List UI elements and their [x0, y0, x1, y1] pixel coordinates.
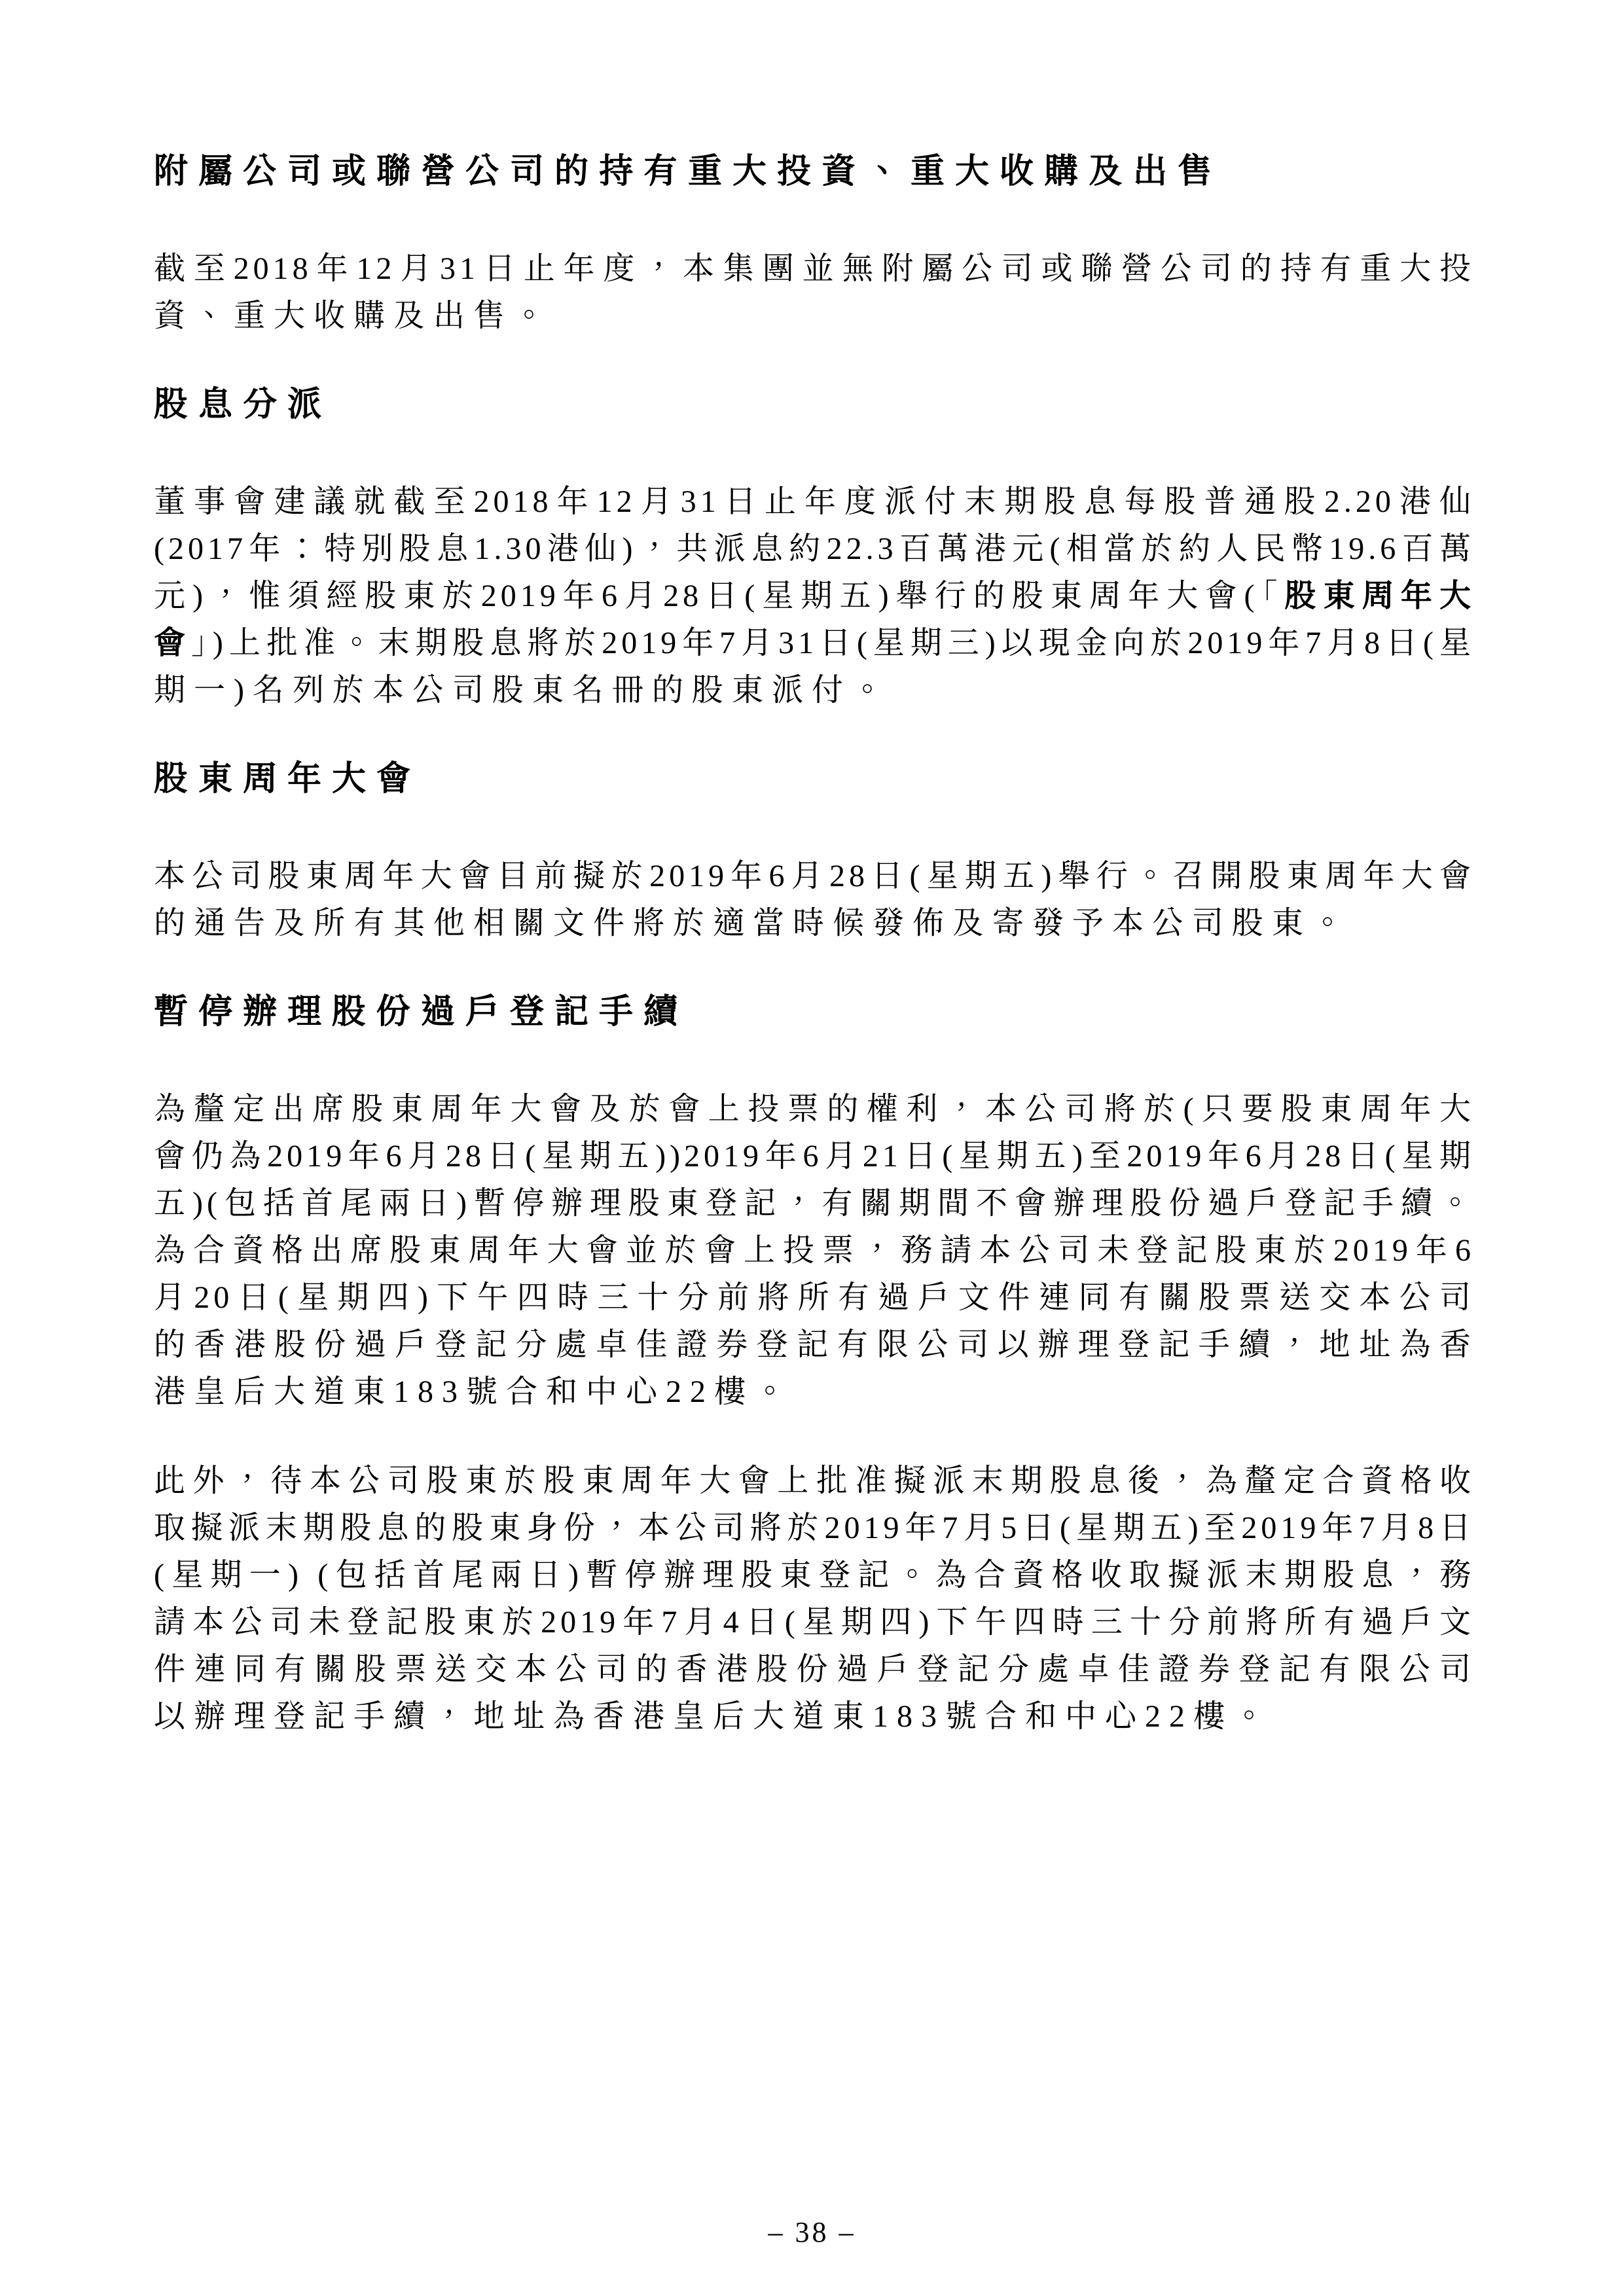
text-line: (2017年：特別股息1.30港仙)，共派息約22.3百萬港元(相當於約人民幣1… [154, 526, 1475, 573]
text-line: 為釐定出席股東周年大會及於會上投票的權利，本公司將於(只要股東周年大 [154, 1086, 1475, 1133]
text-line: 本公司股東周年大會目前擬於2019年6月28日(星期五)舉行。召開股東周年大會 [154, 853, 1475, 900]
text-segment: 的通告及所有其他相關文件將於適當時候發佈及寄發予本公司股東。 [154, 906, 1352, 941]
section-heading-subsidiaries-investments: 附屬公司或聯營公司的持有重大投資、重大收購及出售 [154, 149, 1475, 196]
text-line: 截至2018年12月31日止年度，本集團並無附屬公司或聯營公司的持有重大投 [154, 245, 1475, 293]
text-line: (星期一) (包括首尾兩日)暫停辦理股東登記。為合資格收取擬派末期股息，務 [154, 1552, 1475, 1599]
text-line: 以辦理登記手續，地址為香港皇后大道東183號合和中心22樓。 [154, 1693, 1475, 1740]
section-heading-agm: 股東周年大會 [154, 756, 1475, 803]
text-line: 的通告及所有其他相關文件將於適當時候發佈及寄發予本公司股東。 [154, 900, 1475, 947]
text-line: 元)，惟須經股東於2019年6月28日(星期五)舉行的股東周年大會(「股東周年大 [154, 573, 1475, 620]
text-line: 港皇后大道東183號合和中心22樓。 [154, 1369, 1475, 1416]
section-heading-closure-of-register: 暫停辦理股份過戶登記手續 [154, 989, 1475, 1036]
text-line: 取擬派末期股息的股東身份，本公司將於2019年7月5日(星期五)至2019年7月… [154, 1505, 1475, 1552]
text-segment: 期一)名列於本公司股東名冊的股東派付。 [154, 673, 892, 708]
text-line: 五)(包括首尾兩日)暫停辦理股東登記，有關期間不會辦理股份過戶登記手續。 [154, 1180, 1475, 1227]
text-segment: 為釐定出席股東周年大會及於會上投票的權利，本公司將於(只要股東周年大 [154, 1092, 1475, 1126]
text-line: 會仍為2019年6月28日(星期五))2019年6月21日(星期五)至2019年… [154, 1133, 1475, 1180]
text-line: 會」)上批准。末期股息將於2019年7月31日(星期三)以現金向於2019年7月… [154, 620, 1475, 667]
page-content: 附屬公司或聯營公司的持有重大投資、重大收購及出售截至2018年12月31日止年度… [154, 149, 1475, 1782]
text-line: 月20日(星期四)下午四時三十分前將所有過戶文件連同有關股票送交本公司 [154, 1274, 1475, 1321]
text-segment: (星期一) (包括首尾兩日)暫停辦理股東登記。為合資格收取擬派末期股息，務 [154, 1558, 1475, 1592]
text-segment: 元)，惟須經股東於2019年6月28日(星期五)舉行的股東周年大會(「 [154, 579, 1285, 613]
text-segment: 港皇后大道東183號合和中心22樓。 [154, 1374, 794, 1409]
text-line: 董事會建議就截至2018年12月31日止年度派付末期股息每股普通股2.20港仙 [154, 478, 1475, 526]
text-segment: 截至2018年12月31日止年度，本集團並無附屬公司或聯營公司的持有重大投 [154, 251, 1475, 286]
text-segment: 件連同有關股票送交本公司的香港股份過戶登記分處卓佳證券登記有限公司 [154, 1652, 1475, 1687]
paragraph: 本公司股東周年大會目前擬於2019年6月28日(星期五)舉行。召開股東周年大會的… [154, 853, 1475, 947]
paragraph: 此外，待本公司股東於股東周年大會上批准擬派末期股息後，為釐定合資格收取擬派末期股… [154, 1458, 1475, 1740]
text-line: 資、重大收購及出售。 [154, 293, 1475, 340]
bold-term: 股東周年大 [1285, 579, 1475, 613]
section-heading-dividend-distribution: 股息分派 [154, 382, 1475, 429]
text-line: 件連同有關股票送交本公司的香港股份過戶登記分處卓佳證券登記有限公司 [154, 1646, 1475, 1693]
text-line: 此外，待本公司股東於股東周年大會上批准擬派末期股息後，為釐定合資格收 [154, 1458, 1475, 1505]
text-segment: 的香港股份過戶登記分處卓佳證券登記有限公司以辦理登記手續，地址為香 [154, 1327, 1475, 1362]
page-number: – 38 – [0, 2215, 1624, 2249]
text-segment: 本公司股東周年大會目前擬於2019年6月28日(星期五)舉行。召開股東周年大會 [154, 859, 1475, 893]
text-line: 請本公司未登記股東於2019年7月4日(星期四)下午四時三十分前將所有過戶文 [154, 1599, 1475, 1646]
paragraph: 董事會建議就截至2018年12月31日止年度派付末期股息每股普通股2.20港仙(… [154, 478, 1475, 714]
text-line: 的香港股份過戶登記分處卓佳證券登記有限公司以辦理登記手續，地址為香 [154, 1321, 1475, 1369]
text-segment: 董事會建議就截至2018年12月31日止年度派付末期股息每股普通股2.20港仙 [154, 484, 1475, 519]
text-segment: 為合資格出席股東周年大會並於會上投票，務請本公司未登記股東於2019年6 [154, 1233, 1475, 1268]
text-segment: 」)上批准。末期股息將於2019年7月31日(星期三)以現金向於2019年7月8… [191, 626, 1475, 660]
paragraph: 為釐定出席股東周年大會及於會上投票的權利，本公司將於(只要股東周年大會仍為201… [154, 1086, 1475, 1416]
text-segment: 請本公司未登記股東於2019年7月4日(星期四)下午四時三十分前將所有過戶文 [154, 1605, 1475, 1640]
text-segment: 取擬派末期股息的股東身份，本公司將於2019年7月5日(星期五)至2019年7月… [154, 1511, 1475, 1545]
text-segment: 資、重大收購及出售。 [154, 298, 553, 333]
text-segment: 月20日(星期四)下午四時三十分前將所有過戶文件連同有關股票送交本公司 [154, 1280, 1475, 1315]
text-segment: (2017年：特別股息1.30港仙)，共派息約22.3百萬港元(相當於約人民幣1… [154, 531, 1475, 566]
text-segment: 會仍為2019年6月28日(星期五))2019年6月21日(星期五)至2019年… [154, 1139, 1475, 1174]
text-segment: 五)(包括首尾兩日)暫停辦理股東登記，有關期間不會辦理股份過戶登記手續。 [154, 1186, 1475, 1221]
text-line: 為合資格出席股東周年大會並於會上投票，務請本公司未登記股東於2019年6 [154, 1227, 1475, 1274]
document-page: 附屬公司或聯營公司的持有重大投資、重大收購及出售截至2018年12月31日止年度… [0, 0, 1624, 2296]
text-line: 期一)名列於本公司股東名冊的股東派付。 [154, 667, 1475, 714]
text-segment: 此外，待本公司股東於股東周年大會上批准擬派末期股息後，為釐定合資格收 [154, 1463, 1475, 1498]
text-segment: 以辦理登記手續，地址為香港皇后大道東183號合和中心22樓。 [154, 1699, 1273, 1734]
paragraph: 截至2018年12月31日止年度，本集團並無附屬公司或聯營公司的持有重大投資、重… [154, 245, 1475, 340]
bold-term: 會 [154, 626, 191, 660]
